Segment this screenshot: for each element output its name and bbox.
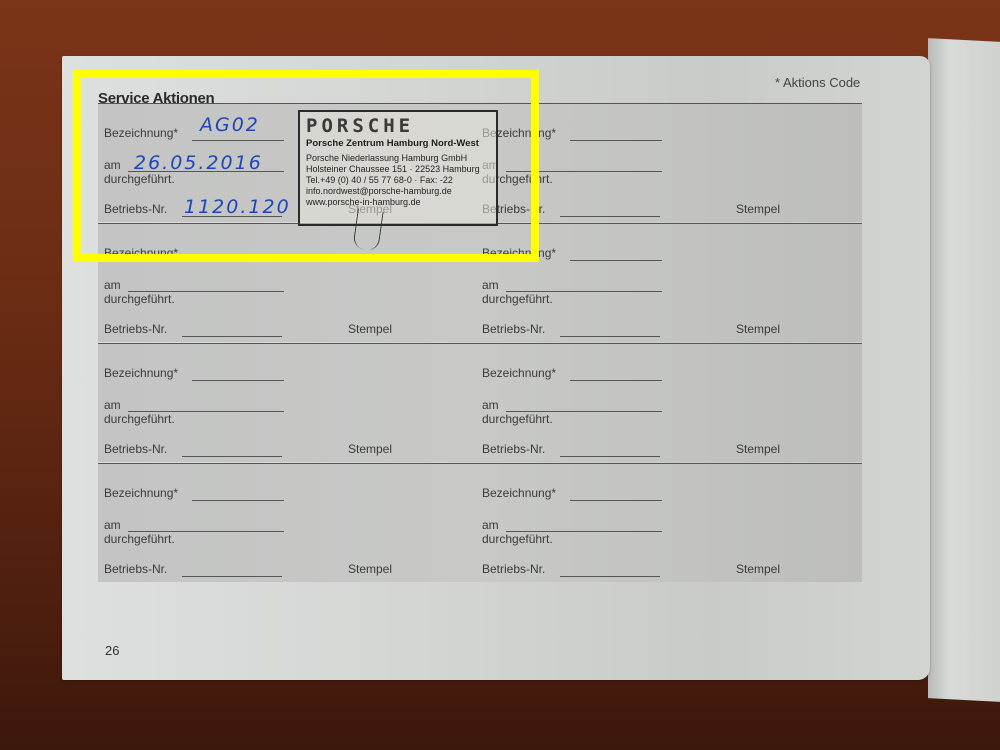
designation-label: Bezeichnung* — [482, 366, 556, 380]
designation-field[interactable] — [570, 260, 662, 261]
dealer-no-field[interactable] — [182, 576, 282, 577]
designation-label: Bezeichnung* — [482, 486, 556, 500]
stamp-label: Stempel — [736, 562, 780, 576]
stamp-label: Stempel — [736, 202, 780, 216]
service-entry: Bezeichnung*amdurchgeführt.Betriebs-Nr.S… — [478, 104, 858, 222]
stamp-label: Stempel — [736, 442, 780, 456]
stamp-brand: PORSCHE — [306, 116, 490, 136]
performed-label: durchgeführt. — [482, 532, 553, 546]
date-label: am — [482, 398, 499, 412]
facing-page — [928, 38, 1000, 702]
stamp-line: info.nordwest@porsche-hamburg.de — [306, 186, 490, 197]
designation-field[interactable] — [570, 140, 662, 141]
stamp-label: Stempel — [736, 322, 780, 336]
performed-label: durchgeführt. — [482, 412, 553, 426]
service-entry: Bezeichnung*amdurchgeführt.Betriebs-Nr.S… — [478, 224, 858, 342]
dealer-no-label: Betriebs-Nr. — [482, 562, 545, 576]
date-label: am — [104, 158, 121, 172]
stamp-center-name: Porsche Zentrum Hamburg Nord-West — [306, 138, 490, 149]
date-field[interactable] — [128, 291, 284, 292]
dealer-no-field[interactable] — [560, 456, 660, 457]
dealer-no-label: Betriebs-Nr. — [482, 322, 545, 336]
date-label: am — [482, 278, 499, 292]
dealer-no-field[interactable] — [560, 336, 660, 337]
performed-label: durchgeführt. — [104, 172, 175, 186]
stamp-line: www.porsche-in-hamburg.de — [306, 197, 490, 208]
stamp-label: Stempel — [348, 562, 392, 576]
designation-field[interactable] — [192, 140, 284, 141]
stamp-line: Holsteiner Chaussee 151 · 22523 Hamburg — [306, 164, 490, 175]
performed-label: durchgeführt. — [104, 532, 175, 546]
designation-label: Bezeichnung* — [104, 246, 178, 260]
aktions-code-legend: * Aktions Code — [775, 75, 860, 90]
service-entry: Bezeichnung*amdurchgeführt.Betriebs-Nr.S… — [478, 344, 858, 462]
dealer-no-field[interactable] — [560, 576, 660, 577]
date-field[interactable] — [506, 171, 662, 172]
dealer-no-label: Betriebs-Nr. — [104, 562, 167, 576]
date-label: am — [104, 518, 121, 532]
dealer-no-label: Betriebs-Nr. — [104, 442, 167, 456]
designation-field[interactable] — [570, 380, 662, 381]
performed-label: durchgeführt. — [482, 292, 553, 306]
service-row: Bezeichnung*amdurchgeführt.Betriebs-Nr.S… — [98, 463, 862, 582]
date-field[interactable] — [128, 531, 284, 532]
stamp-label: Stempel — [348, 442, 392, 456]
service-entry: Bezeichnung*amdurchgeführt.Betriebs-Nr.S… — [98, 344, 478, 462]
stamp-line: Porsche Niederlassung Hamburg GmbH — [306, 153, 490, 164]
date-label: am — [482, 518, 499, 532]
date-field[interactable] — [128, 411, 284, 412]
handwritten-date: 26.05.2016 — [134, 152, 263, 174]
designation-label: Bezeichnung* — [104, 486, 178, 500]
designation-label: Bezeichnung* — [104, 366, 178, 380]
designation-label: Bezeichnung* — [104, 126, 178, 140]
designation-field[interactable] — [192, 380, 284, 381]
dealer-no-label: Betriebs-Nr. — [482, 442, 545, 456]
service-row: Bezeichnung*amdurchgeführt.Betriebs-Nr.S… — [98, 223, 862, 342]
performed-label: durchgeführt. — [104, 292, 175, 306]
designation-label: Bezeichnung* — [482, 246, 556, 260]
service-row: Bezeichnung*amdurchgeführt.Betriebs-Nr.S… — [98, 343, 862, 462]
dealer-no-field[interactable] — [182, 456, 282, 457]
handwritten-designation: AG02 — [200, 114, 260, 136]
dealer-no-field[interactable] — [182, 336, 282, 337]
designation-field[interactable] — [192, 260, 284, 261]
date-label: am — [104, 278, 121, 292]
dealer-stamp: PORSCHE Porsche Zentrum Hamburg Nord-Wes… — [298, 110, 498, 226]
stamp-line: Tel.+49 (0) 40 / 55 77 68-0 · Fax: -22 — [306, 175, 490, 186]
dealer-no-label: Betriebs-Nr. — [104, 322, 167, 336]
page-number: 26 — [105, 643, 119, 658]
service-entry: Bezeichnung*amdurchgeführt.Betriebs-Nr.S… — [98, 464, 478, 582]
service-entry: Bezeichnung*amdurchgeführt.Betriebs-Nr.S… — [478, 464, 858, 582]
stamp-label: Stempel — [348, 322, 392, 336]
designation-field[interactable] — [192, 500, 284, 501]
date-label: am — [104, 398, 121, 412]
performed-label: durchgeführt. — [104, 412, 175, 426]
date-field[interactable] — [506, 531, 662, 532]
dealer-no-field[interactable] — [560, 216, 660, 217]
designation-field[interactable] — [570, 500, 662, 501]
date-field[interactable] — [506, 291, 662, 292]
date-field[interactable] — [506, 411, 662, 412]
dealer-no-label: Betriebs-Nr. — [104, 202, 167, 216]
stamp-address: Porsche Niederlassung Hamburg GmbH Holst… — [306, 153, 490, 208]
handwritten-dealer-no: 1120.120 — [184, 196, 291, 218]
service-entry: Bezeichnung*amdurchgeführt.Betriebs-Nr.S… — [98, 224, 478, 342]
